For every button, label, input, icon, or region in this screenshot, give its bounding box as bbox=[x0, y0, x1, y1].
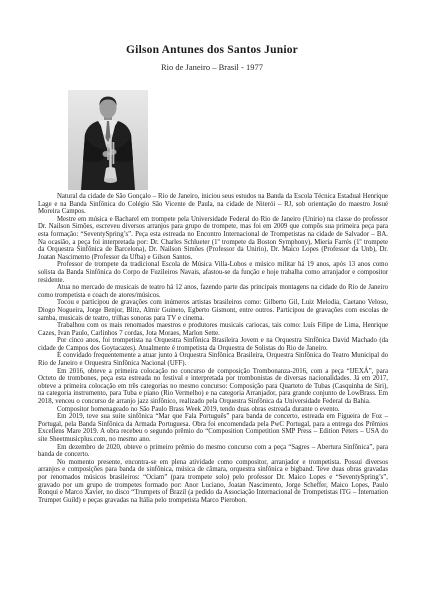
biography-paragraph: Mestre em música e Bacharel em trompete … bbox=[38, 216, 388, 262]
biography-paragraph: Trabalhou com os mais renomados maestros… bbox=[38, 322, 388, 337]
biography-paragraph: Em 2016, obteve a primeira colocação no … bbox=[38, 368, 388, 406]
biography-paragraph: Professor de trompete da tradicional Esc… bbox=[38, 261, 388, 284]
trumpeter-portrait-icon bbox=[68, 90, 148, 190]
biography-paragraph: Compositor homenageado no São Paulo Bras… bbox=[38, 406, 388, 414]
biography-paragraph: Tocou e participou de gravações com inúm… bbox=[38, 299, 388, 322]
portrait-photo bbox=[68, 90, 148, 190]
page-subtitle: Rio de Janeiro – Brasil - 1977 bbox=[0, 62, 424, 72]
biography-paragraph: Em dezembro de 2020, obteve o primeiro p… bbox=[38, 444, 388, 459]
biography-text: Natural da cidade de São Gonçalo – Rio d… bbox=[38, 193, 388, 504]
document-page: Gilson Antunes dos Santos Junior Rio de … bbox=[0, 0, 424, 600]
page-title: Gilson Antunes dos Santos Junior bbox=[0, 44, 424, 57]
biography-paragraph: No momento presente, encontra-se em plen… bbox=[38, 459, 388, 505]
biography-paragraph: Por cinco anos, foi trompetista na Orque… bbox=[38, 337, 388, 352]
biography-paragraph: É convidado frequentemente a atuar junto… bbox=[38, 352, 388, 367]
biography-paragraph: Em 2019, teve sua suíte sinfônica “Mar q… bbox=[38, 413, 388, 443]
biography-paragraph: Natural da cidade de São Gonçalo – Rio d… bbox=[38, 193, 388, 216]
biography-paragraph: Atua no mercado de musicais de teatro há… bbox=[38, 284, 388, 299]
